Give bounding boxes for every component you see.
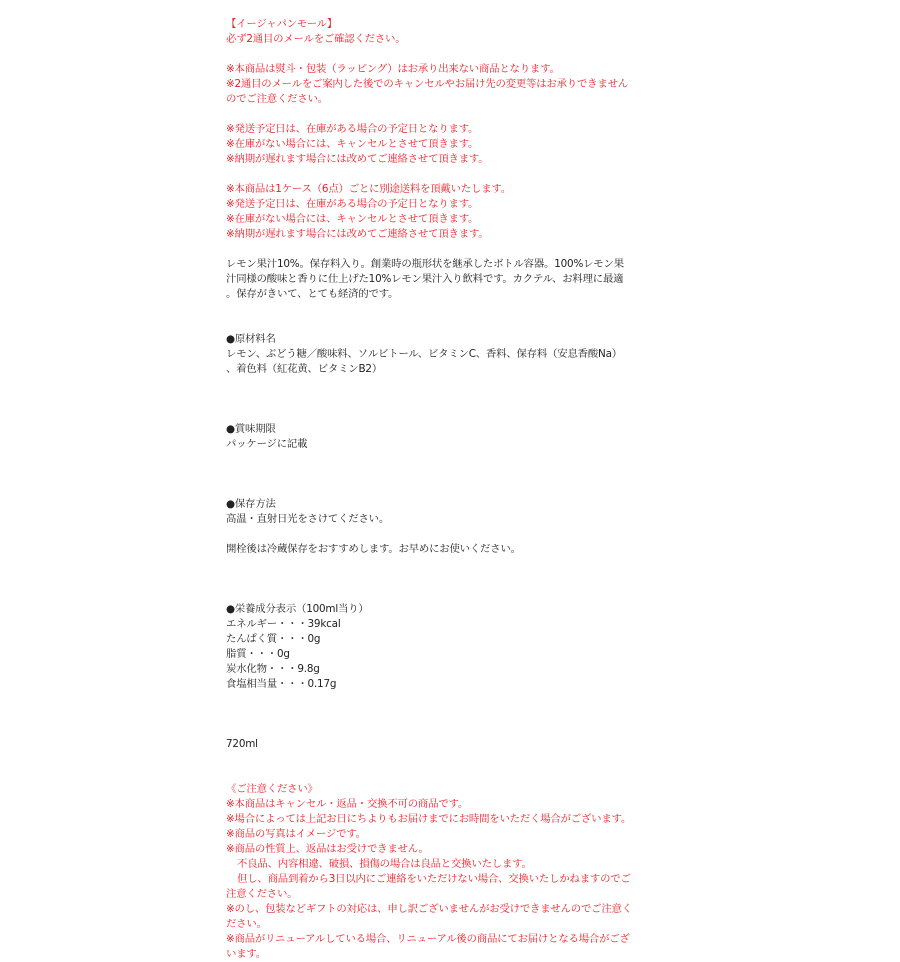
caution-heading: 《ご注意ください》 [226, 782, 646, 797]
description-line: 汁同様の酸味と香りに仕上げた10%レモン果汁入り飲料です。カクテル、お料理に最適 [226, 272, 646, 287]
caution-line: 但し、商品到着から3日以内にご連絡をいただけない場合、交換いたしかねますのでご [226, 872, 646, 887]
notice-line: ※発送予定日は、在庫がある場合の予定日となります。 [226, 122, 646, 137]
storage-value: 高温・直射日光をさけてください。 [226, 512, 646, 527]
ingredients-section: ●原材料名 レモン、ぶどう糖／酸味料、ソルビトール、ビタミンC、香料、保存料（安… [226, 332, 646, 377]
caution-line: 注意ください。 [226, 887, 646, 900]
storage-heading: ●保存方法 [226, 497, 646, 512]
notice-header: 【イージャパンモール】 必ず2通目のメールをご確認ください。 [226, 17, 646, 47]
volume: 720ml [226, 737, 646, 752]
shipping-notice-1: ※発送予定日は、在庫がある場合の予定日となります。 ※在庫がない場合には、キャン… [226, 122, 646, 167]
notice-line: のでご注意ください。 [226, 92, 646, 107]
ingredients-line: レモン、ぶどう糖／酸味料、ソルビトール、ビタミンC、香料、保存料（安息香酸Na） [226, 347, 646, 362]
notice-line: ※本商品は熨斗・包装（ラッピング）はお承り出来ない商品となります。 [226, 62, 646, 77]
notice-line: ※在庫がない場合には、キャンセルとさせて頂きます。 [226, 137, 646, 152]
notice-line: ※本商品は1ケース（6点）ごとに別途送料を頂戴いたします。 [226, 182, 646, 197]
description-line: 。保存がきいて、とても経済的です。 [226, 287, 646, 302]
notice-line: ※在庫がない場合には、キャンセルとさせて頂きます。 [226, 212, 646, 227]
caution-line: ※商品の性質上、返品はお受けできません。 [226, 842, 646, 857]
nutrition-row: エネルギー・・・39kcal [226, 617, 646, 632]
nutrition-row: 脂質・・・0g [226, 647, 646, 662]
caution-section: 《ご注意ください》 ※本商品はキャンセル・返品・交換不可の商品です。 ※場合によ… [226, 782, 646, 900]
nutrition-row: 食塩相当量・・・0.17g [226, 677, 646, 692]
best-before-heading: ●賞味期限 [226, 422, 646, 437]
nutrition-row: たんぱく質・・・0g [226, 632, 646, 647]
notice-line: ※納期が遅れます場合には改めてご連絡させて頂きます。 [226, 227, 646, 242]
ingredients-line: 、着色料（紅花黄、ビタミンB2） [226, 362, 646, 377]
wrapping-notice: ※本商品は熨斗・包装（ラッピング）はお承り出来ない商品となります。 ※2通目のメ… [226, 62, 646, 107]
shop-name: 【イージャパンモール】 [226, 17, 646, 32]
best-before-section: ●賞味期限 パッケージに記載 [226, 422, 646, 452]
after-opening-note: 開栓後は冷蔵保存をおすすめします。お早めにお使いください。 [226, 542, 646, 557]
caution-line: ※場合によっては上記お日にちよりもお届けまでにお時間をいただく場合がございます。 [226, 812, 646, 827]
notice-line: ※発送予定日は、在庫がある場合の予定日となります。 [226, 197, 646, 212]
product-description-text: レモン果汁10%。保存料入り。創業時の瓶形状を継承したボトル容器。100%レモン… [226, 257, 646, 302]
description-line: レモン果汁10%。保存料入り。創業時の瓶形状を継承したボトル容器。100%レモン… [226, 257, 646, 272]
product-description: 【イージャパンモール】 必ず2通目のメールをご確認ください。 ※本商品は熨斗・包… [226, 17, 646, 900]
caution-line: ※商品の写真はイメージです。 [226, 827, 646, 842]
check-email-notice: 必ず2通目のメールをご確認ください。 [226, 32, 646, 47]
nutrition-heading: ●栄養成分表示（100ml当り） [226, 602, 646, 617]
notice-line: ※納期が遅れます場合には改めてご連絡させて頂きます。 [226, 152, 646, 167]
storage-section: ●保存方法 高温・直射日光をさけてください。 開栓後は冷蔵保存をおすすめします。… [226, 497, 646, 557]
notice-line: ※2通目のメールをご案内した後でのキャンセルやお届け先の変更等はお承りできません [226, 77, 646, 92]
caution-line: 不良品、内容相違、破損、損傷の場合は良品と交換いたします。 [226, 857, 646, 872]
best-before-value: パッケージに記載 [226, 437, 646, 452]
caution-line: ※本商品はキャンセル・返品・交換不可の商品です。 [226, 797, 646, 812]
nutrition-row: 炭水化物・・・9.8g [226, 662, 646, 677]
shipping-notice-2: ※本商品は1ケース（6点）ごとに別途送料を頂戴いたします。 ※発送予定日は、在庫… [226, 182, 646, 242]
ingredients-heading: ●原材料名 [226, 332, 646, 347]
nutrition-section: ●栄養成分表示（100ml当り） エネルギー・・・39kcal たんぱく質・・・… [226, 602, 646, 692]
